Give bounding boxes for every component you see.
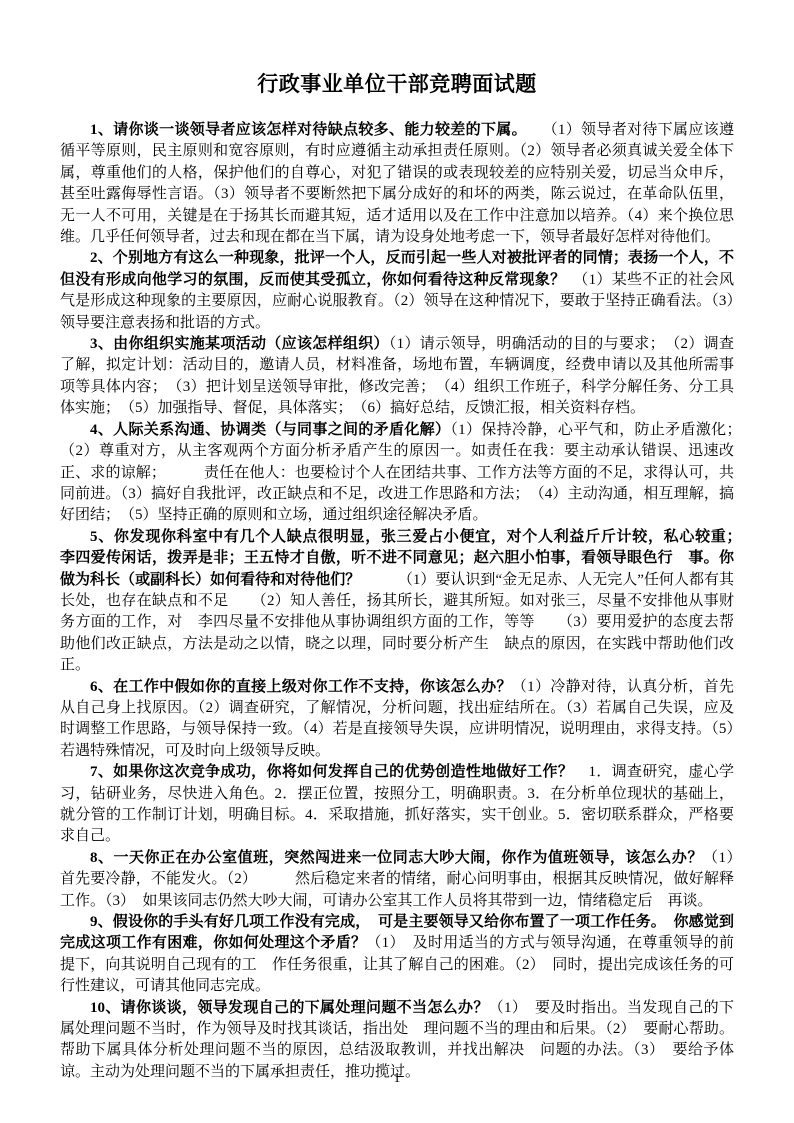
question-text: 10、请你谈谈，领导发现自己的下属处理问题不当怎么办？ [90, 1000, 489, 1016]
question-text: 7、如果你这次竞争成功，你将如何发挥自己的优势创造性地做好工作？ [90, 764, 573, 780]
paragraph: 8、一天你正在办公室值班，突然闯进来一位同志大吵大闹，你作为值班领导，该怎么办？… [60, 848, 734, 912]
paragraph: 7、如果你这次竞争成功，你将如何发挥自己的优势创造性地做好工作？ 1．调查研究，… [60, 762, 734, 848]
question-text: 8、一天你正在办公室值班，突然闯进来一位同志大吵大闹，你作为值班领导，该怎么办？ [90, 850, 703, 866]
paragraph: 4、人际关系沟通、协调类（与同事之间的矛盾化解）（1）保持冷静，心平气和，防止矛… [60, 420, 734, 527]
question-text: 3、由你组织实施某项活动（应该怎样组织） [90, 336, 389, 352]
paragraph: 9、假设你的手头有好几项工作没有完成， 可是主要领导又给你布置了一项工作任务。 … [60, 912, 734, 998]
question-text: 4、人际关系沟通、协调类（与同事之间的矛盾化解） [90, 422, 450, 438]
page-number: 1 [0, 1071, 794, 1087]
question-text: 6、在工作中假如你的直接上级对你工作不支持，你该怎么办？ [90, 679, 512, 695]
question-text: 1、请你谈一谈领导者应该怎样对待缺点较多、能力较差的下属。 [90, 122, 519, 138]
paragraph: 3、由你组织实施某项活动（应该怎样组织）（1）请示领导，明确活动的目的与要求； … [60, 334, 734, 420]
document-body: 1、请你谈一谈领导者应该怎样对待缺点较多、能力较差的下属。 （1）领导者对待下属… [60, 120, 734, 1083]
paragraph: 5、你发现你科室中有几个人缺点很明显，张三爱占小便宜，对个人利益斤斤计较，私心较… [60, 527, 734, 677]
page-title: 行政事业单位干部竞聘面试题 [0, 71, 794, 97]
answer-text: （1）领导者对待下属应该遵循平等原则，民主原则和宽容原则，有时应遵循主动承担责任… [60, 122, 734, 245]
paragraph: 2、个别地方有这么一种现象，批评一个人，反而引起一些人对被批评者的同情；表扬一个… [60, 248, 734, 334]
paragraph: 1、请你谈一谈领导者应该怎样对待缺点较多、能力较差的下属。 （1）领导者对待下属… [60, 120, 734, 248]
document-page: 行政事业单位干部竞聘面试题 1、请你谈一谈领导者应该怎样对待缺点较多、能力较差的… [0, 0, 794, 1123]
paragraph: 6、在工作中假如你的直接上级对你工作不支持，你该怎么办？（1）冷静对待，认真分析… [60, 677, 734, 763]
